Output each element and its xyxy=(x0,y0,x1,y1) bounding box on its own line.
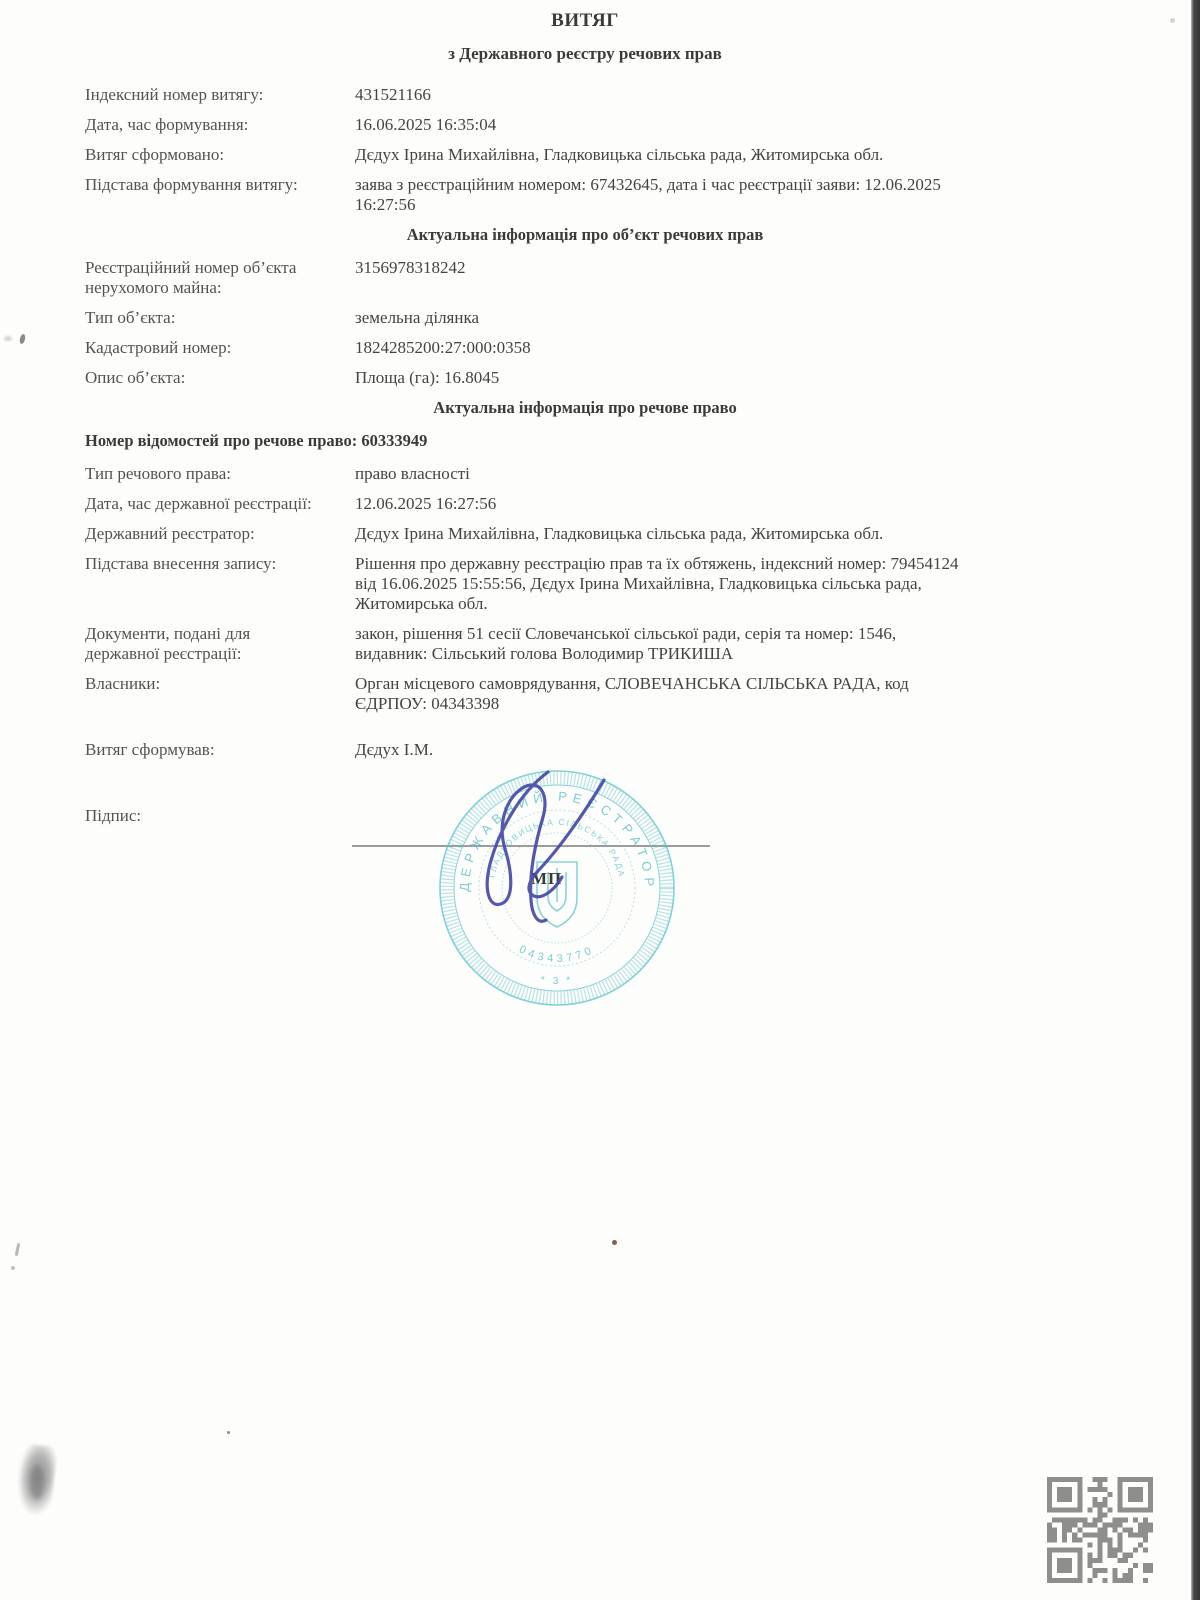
field-row-right-type: Тип речового права: право власності xyxy=(85,464,1085,484)
field-label: Тип речового права: xyxy=(85,464,355,484)
field-row-formation-date: Дата, час формування: 16.06.2025 16:35:0… xyxy=(85,115,1085,135)
qr-code xyxy=(1047,1477,1153,1583)
intro-rows: Індексний номер витягу: 431521166 Дата, … xyxy=(85,85,1085,826)
scan-speck xyxy=(1170,18,1175,23)
field-label: Підстава внесення запису: xyxy=(85,554,355,614)
field-label: Витяг сформував: xyxy=(85,740,355,760)
field-value: 1824285200:27:000:0358 xyxy=(355,338,1075,358)
field-label: Витяг сформовано: xyxy=(85,145,355,165)
field-label: Опис об’єкта: xyxy=(85,368,355,388)
field-value: Площа (га): 16.8045 xyxy=(355,368,1075,388)
field-value: 3156978318242 xyxy=(355,258,1075,298)
field-value: земельна ділянка xyxy=(355,308,1075,328)
field-label: Тип об’єкта: xyxy=(85,308,355,328)
scan-speck xyxy=(612,1240,617,1245)
field-label: Дата, час формування: xyxy=(85,115,355,135)
scan-speck xyxy=(227,1431,230,1434)
field-value: Дєдух Ірина Михайлівна, Гладковицька сіл… xyxy=(355,145,1075,165)
field-row-owners: Власники: Орган місцевого самоврядування… xyxy=(85,674,1085,714)
document-body: ВИТЯГ з Державного реєстру речових прав … xyxy=(85,0,1085,836)
document-page: ВИТЯГ з Державного реєстру речових прав … xyxy=(0,0,1200,1600)
field-row-formed-by: Витяг сформовано: Дєдух Ірина Михайлівна… xyxy=(85,145,1085,165)
record-number-line: Номер відомостей про речове право: 60333… xyxy=(85,431,1085,451)
scan-speck xyxy=(15,1243,21,1256)
field-row-cadastral-number: Кадастровий номер: 1824285200:27:000:035… xyxy=(85,338,1085,358)
scan-smudge xyxy=(30,1465,44,1499)
field-row-submitted-documents: Документи, подані для державної реєстрац… xyxy=(85,624,1085,664)
field-value: 16.06.2025 16:35:04 xyxy=(355,115,1075,135)
scan-speck xyxy=(19,334,26,345)
scan-speck xyxy=(11,1266,15,1270)
field-row-record-basis: Підстава внесення запису: Рішення про де… xyxy=(85,554,1085,614)
document-title: ВИТЯГ xyxy=(85,10,1085,32)
field-row-object-type: Тип об’єкта: земельна ділянка xyxy=(85,308,1085,328)
field-value: 12.06.2025 16:27:56 xyxy=(355,494,1075,514)
document-subtitle: з Державного реєстру речових прав xyxy=(85,44,1085,64)
field-label: Індексний номер витягу: xyxy=(85,85,355,105)
field-row-formation-basis: Підстава формування витягу: заява з реєс… xyxy=(85,175,1085,215)
field-label: Підстава формування витягу: xyxy=(85,175,355,215)
field-value: 431521166 xyxy=(355,85,1075,105)
field-label: Дата, час державної реєстрації: xyxy=(85,494,355,514)
field-row-state-registration-date: Дата, час державної реєстрації: 12.06.20… xyxy=(85,494,1085,514)
field-value: Дєдух Ірина Михайлівна, Гладковицька сіл… xyxy=(355,524,1075,544)
handwritten-signature xyxy=(430,740,690,1020)
field-value: Рішення про державну реєстрацію прав та … xyxy=(355,554,1075,614)
field-row-registration-number: Реєстраційний номер об’єкта нерухомого м… xyxy=(85,258,1085,298)
field-label: Кадастровий номер: xyxy=(85,338,355,358)
field-row-state-registrar: Державний реєстратор: Дєдух Ірина Михайл… xyxy=(85,524,1085,544)
field-value: право власності xyxy=(355,464,1075,484)
field-label: Документи, подані для державної реєстрац… xyxy=(85,624,355,664)
scan-edge-strip xyxy=(1191,0,1200,1600)
field-row-index-number: Індексний номер витягу: 431521166 xyxy=(85,85,1085,105)
field-label: Реєстраційний номер об’єкта нерухомого м… xyxy=(85,258,355,298)
field-label: Державний реєстратор: xyxy=(85,524,355,544)
field-value: закон, рішення 51 сесії Словечанської сі… xyxy=(355,624,1075,664)
section-heading-object: Актуальна інформація про об’єкт речових … xyxy=(85,225,1085,245)
scan-speck xyxy=(4,336,12,341)
field-value: Орган місцевого самоврядування, СЛОВЕЧАН… xyxy=(355,674,1075,714)
field-value: заява з реєстраційним номером: 67432645,… xyxy=(355,175,1075,215)
field-label: Власники: xyxy=(85,674,355,714)
signature-label: Підпис: xyxy=(85,806,355,826)
field-row-object-description: Опис об’єкта: Площа (га): 16.8045 xyxy=(85,368,1085,388)
section-heading-right: Актуальна інформація про речове право xyxy=(85,398,1085,418)
